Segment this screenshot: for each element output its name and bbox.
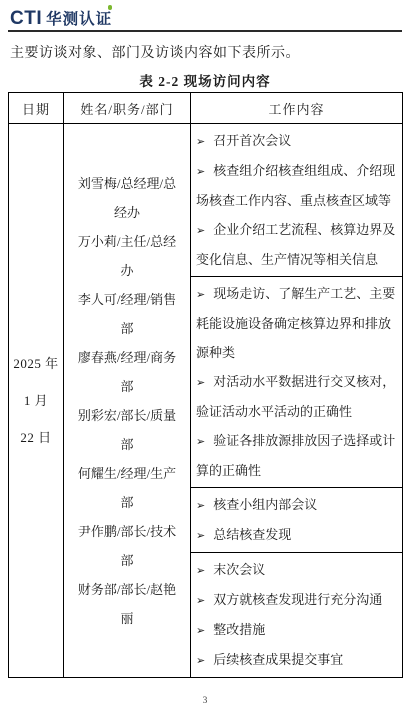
arrow-bullet-icon: ➢ [196, 529, 205, 542]
work-item-text: 对活动水平数据进行交叉核对，验证活动水平活动的正确性 [196, 374, 395, 419]
person-entry: 财务部/部长/赵艳丽 [72, 575, 182, 633]
work-cell-verification: ➢现场走访、了解生产工艺、主要耗能设施设备确定核算边界和排放源种类 ➢对活动水平… [191, 277, 403, 488]
arrow-bullet-icon: ➢ [196, 594, 205, 607]
work-item: ➢召开首次会议 [196, 126, 397, 156]
work-cell-opening: ➢召开首次会议 ➢核查组介绍核查组组成、介绍现场核查工作内容、重点核查区域等 ➢… [191, 124, 403, 277]
work-item-text: 召开首次会议 [213, 133, 291, 148]
person-entry: 廖春燕/经理/商务部 [72, 343, 182, 401]
page-number: 3 [0, 696, 410, 706]
header-date: 日期 [9, 93, 64, 124]
work-item-text: 总结核查发现 [213, 527, 291, 542]
header-content: 工作内容 [191, 93, 403, 124]
arrow-bullet-icon: ➢ [196, 564, 205, 577]
work-item: ➢核查小组内部会议 [196, 490, 397, 520]
document-page: CTI 华测认证 主要访谈对象、部门及访谈内容如下表所示。 表 2-2 现场访问… [0, 0, 410, 719]
work-item-text: 双方就核查发现进行充分沟通 [213, 592, 382, 607]
work-item-text: 核查小组内部会议 [213, 497, 317, 512]
work-item: ➢后续核查成果提交事宜 [196, 645, 397, 675]
arrow-bullet-icon: ➢ [196, 135, 205, 148]
date-line: 22 日 [9, 419, 63, 456]
people-cell: 刘雪梅/总经理/总经办 万小莉/主任/总经办 李人可/经理/销售部 廖春燕/经理… [64, 124, 191, 678]
date-line: 2025 年 [9, 345, 63, 382]
person-entry: 尹作鹏/部长/技术部 [72, 517, 182, 575]
person-entry: 何耀生/经理/生产部 [72, 459, 182, 517]
work-item: ➢末次会议 [196, 555, 397, 585]
work-cell-internal-meeting: ➢核查小组内部会议 ➢总结核查发现 [191, 488, 403, 553]
table-row: 2025 年 1 月 22 日 刘雪梅/总经理/总经办 万小莉/主任/总经办 李… [9, 124, 403, 277]
work-cell-closing: ➢末次会议 ➢双方就核查发现进行充分沟通 ➢整改措施 ➢后续核查成果提交事宜 [191, 553, 403, 678]
arrow-bullet-icon: ➢ [196, 435, 205, 448]
work-item: ➢整改措施 [196, 615, 397, 645]
work-item: ➢双方就核查发现进行充分沟通 [196, 585, 397, 615]
page-header: CTI 华测认证 [8, 0, 402, 32]
person-entry: 刘雪梅/总经理/总经办 [72, 169, 182, 227]
work-item: ➢总结核查发现 [196, 520, 397, 550]
logo-cn-text: 华测认证 [46, 7, 112, 29]
arrow-bullet-icon: ➢ [196, 165, 205, 178]
person-entry: 万小莉/主任/总经办 [72, 227, 182, 285]
work-item: ➢核查组介绍核查组组成、介绍现场核查工作内容、重点核查区域等 [196, 156, 397, 215]
intro-paragraph: 主要访谈对象、部门及访谈内容如下表所示。 [10, 44, 400, 64]
work-item-text: 整改措施 [213, 622, 265, 637]
work-item-text: 后续核查成果提交事宜 [213, 652, 343, 667]
work-item-text: 末次会议 [213, 562, 265, 577]
date-line: 1 月 [9, 382, 63, 419]
logo-dot-icon [108, 5, 113, 10]
table-header-row: 日期 姓名/职务/部门 工作内容 [9, 93, 403, 124]
table-caption: 表 2-2 现场访问内容 [0, 70, 410, 90]
arrow-bullet-icon: ➢ [196, 654, 205, 667]
work-item-text: 现场走访、了解生产工艺、主要耗能设施设备确定核算边界和排放源种类 [196, 286, 395, 360]
work-item: ➢验证各排放源排放因子选择或计算的正确性 [196, 426, 397, 485]
work-item: ➢对活动水平数据进行交叉核对，验证活动水平活动的正确性 [196, 367, 397, 426]
date-cell: 2025 年 1 月 22 日 [9, 124, 64, 678]
arrow-bullet-icon: ➢ [196, 288, 205, 301]
work-item: ➢现场走访、了解生产工艺、主要耗能设施设备确定核算边界和排放源种类 [196, 279, 397, 367]
arrow-bullet-icon: ➢ [196, 224, 205, 237]
person-entry: 别彩宏/部长/质量部 [72, 401, 182, 459]
site-visit-table: 日期 姓名/职务/部门 工作内容 2025 年 1 月 22 日 刘雪梅/总经理… [8, 92, 403, 678]
work-item: ➢企业介绍工艺流程、核算边界及变化信息、生产情况等相关信息 [196, 215, 397, 274]
header-person: 姓名/职务/部门 [64, 93, 191, 124]
work-item-text: 企业介绍工艺流程、核算边界及变化信息、生产情况等相关信息 [196, 222, 395, 267]
cti-logo: CTI 华测认证 [10, 7, 112, 29]
arrow-bullet-icon: ➢ [196, 624, 205, 637]
person-entry: 李人可/经理/销售部 [72, 285, 182, 343]
arrow-bullet-icon: ➢ [196, 499, 205, 512]
work-item-text: 核查组介绍核查组组成、介绍现场核查工作内容、重点核查区域等 [196, 163, 395, 208]
work-item-text: 验证各排放源排放因子选择或计算的正确性 [196, 433, 395, 478]
arrow-bullet-icon: ➢ [196, 376, 205, 389]
logo-cti-text: CTI [10, 9, 42, 29]
